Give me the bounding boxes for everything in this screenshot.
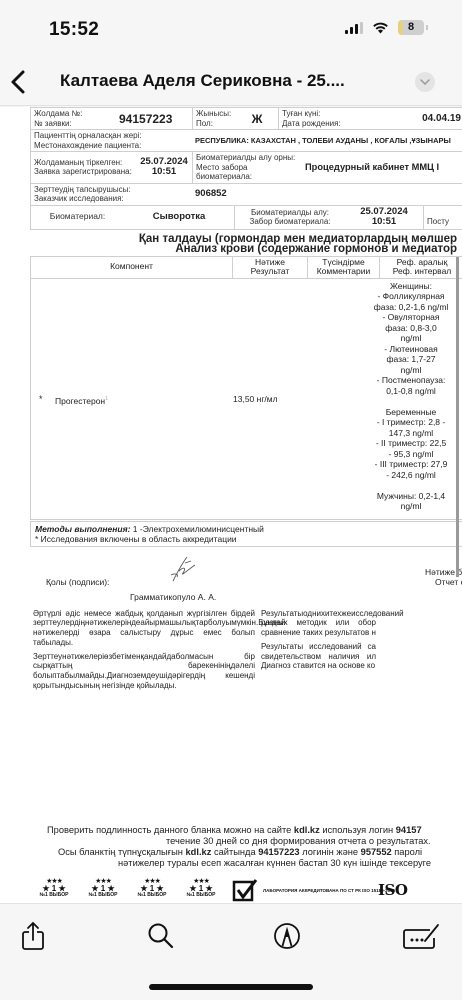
- signature-scribble-icon: [165, 553, 201, 583]
- reference-line: Женщины:: [353, 281, 462, 292]
- dob-label-ru: Дата рождения:: [282, 119, 341, 129]
- methods-label: Методы выполнения:: [35, 524, 130, 534]
- reference-line: 147,3 ng/ml: [353, 428, 462, 439]
- footer-line-3: Осы бланктің түпнұсқалығын kdl.kz сайтын…: [0, 847, 462, 858]
- badge-label: №1 ВЫБОР: [32, 892, 76, 898]
- registered-label-kz: Жолдаманың тіркелген:: [34, 158, 132, 168]
- footer-line-3-mid: сайтында: [211, 847, 258, 857]
- request-no-label-kz: Жолдама №:: [34, 109, 82, 119]
- reference-line: Беременные: [353, 407, 462, 418]
- footer-password: 957552: [361, 847, 392, 857]
- sign-button[interactable]: [400, 918, 444, 954]
- reference-line: - Овуляторная: [353, 312, 462, 323]
- disclaimer-ru-2: Результаты исследований са свидетельство…: [261, 642, 376, 671]
- badge-label: №1 ВЫБОР: [81, 892, 125, 898]
- footer-line-3-post: паролі: [392, 847, 422, 857]
- registered-time: 10:51: [152, 167, 176, 177]
- signature-label: Қолы (подписи):: [46, 577, 109, 587]
- iso-logo: ISO: [378, 881, 407, 899]
- signature-area: Қолы (подписи): Грамматикопуло А. А. Нәт…: [30, 547, 462, 605]
- reference-line: ng/ml: [353, 333, 462, 344]
- table-row: * Прогестерон1 13,50 нг/мл Женщины:- Фол…: [31, 279, 462, 519]
- status-icons: 8: [345, 20, 428, 35]
- signer-name: Грамматикопуло А. А.: [130, 592, 216, 602]
- title-menu-button[interactable]: [415, 72, 435, 92]
- header-row-customer: Зерттеудің тапсырушысы:Заказчик исследов…: [30, 184, 462, 206]
- location-label-kz: Пациенттің орналасқан жері:: [34, 131, 142, 141]
- search-icon: [147, 922, 175, 950]
- reference-line: Мужчины: 0,2-1,4: [353, 491, 462, 502]
- header-row-registered: Жолдаманың тіркелген:Заявка зарегистриро…: [30, 152, 462, 184]
- back-button[interactable]: [8, 68, 30, 96]
- reference-line: [353, 480, 462, 491]
- customer-value: 906852: [192, 184, 462, 205]
- biomaterial-label: Биоматериал:: [31, 206, 124, 229]
- share-button[interactable]: [15, 918, 51, 954]
- customer-label-ru: Заказчик исследования:: [34, 194, 131, 204]
- dob-label-kz: Туған күні:: [282, 109, 341, 119]
- reference-line: [353, 396, 462, 407]
- award-badge: ★★★★ 1 ★№1 ВЫБОР: [81, 877, 125, 903]
- reference-line: - 95,3 ng/ml: [353, 449, 462, 460]
- disclaimer-kz-2: Зерттеунәтижелеріөзбетіменқандайдаболмас…: [33, 652, 255, 691]
- report-title-ru: Анализ крови (содержание гормонов и меди…: [25, 244, 457, 254]
- reference-lines: Женщины:- Фолликулярнаяфаза: 0,2-1,6 ng/…: [353, 281, 462, 512]
- lab-report-page: Жолдама №:№ заявки: 94157223 Жынысы:Пол:…: [30, 107, 462, 695]
- share-icon: [21, 921, 45, 951]
- award-badge: ★★★★ 1 ★№1 ВЫБОР: [130, 877, 174, 903]
- badge-label: №1 ВЫБОР: [130, 892, 174, 898]
- pdf-document-view[interactable]: Жолдама №:№ заявки: 94157223 Жынысы:Пол:…: [0, 107, 462, 903]
- component-name: Прогестерон1: [55, 394, 108, 406]
- accreditation-note: * Исследования включены в область аккред…: [35, 534, 462, 544]
- battery-cap: [426, 25, 428, 30]
- status-time: 15:52: [49, 19, 99, 41]
- methods-value: 1 -Электрохемилюминисцентный: [130, 524, 264, 534]
- collection-place-label-ru: Место забора биоматериала:: [196, 163, 299, 182]
- chevron-down-icon: [420, 79, 430, 85]
- footer-line-1-pre: Проверить подлинность данного бланка мож…: [47, 825, 294, 835]
- document-title[interactable]: Калтаева Аделя Сериковна - 25....: [60, 71, 345, 91]
- header-row-location: Пациенттің орналасқан жері:Местонахожден…: [30, 130, 462, 152]
- reference-line: - 242,6 ng/ml: [353, 470, 462, 481]
- disclaimer-ru-1: Результатыоднихитехжеисследований разных…: [261, 609, 376, 638]
- footer-site-link-kz[interactable]: kdl.kz: [186, 847, 212, 857]
- reference-interval: Женщины:- Фолликулярнаяфаза: 0,2-1,6 ng/…: [353, 281, 462, 512]
- footer-line-1-mid: используя логин: [320, 825, 396, 835]
- reference-line: - I триместр: 2,8 -: [353, 417, 462, 428]
- reference-line: фаза: 1,7-27: [353, 354, 462, 365]
- badges-row: ★★★★ 1 ★№1 ВЫБОР ★★★★ 1 ★№1 ВЫБОР ★★★★ 1…: [32, 877, 407, 903]
- request-no-label-ru: № заявки:: [34, 119, 82, 129]
- component-name-text: Прогестерон: [55, 395, 105, 405]
- collection-time: 10:51: [372, 217, 396, 227]
- col-ref-ru: Реф. интервал: [393, 267, 452, 277]
- header-row-request: Жолдама №:№ заявки: 94157223 Жынысы:Пол:…: [30, 107, 462, 130]
- footer-line-1: Проверить подлинность данного бланка мож…: [0, 825, 462, 836]
- battery-icon: 8: [398, 20, 424, 35]
- method-superscript: 1: [105, 396, 108, 402]
- scrollbar[interactable]: [456, 257, 459, 577]
- reference-line: 0,1-0,8 ng/ml: [353, 386, 462, 397]
- reference-line: - Лютеиновая: [353, 344, 462, 355]
- collection-place: Процедурный кабинет ММЦ I: [302, 152, 462, 183]
- methods-box: Методы выполнения: 1 -Электрохемилюминис…: [30, 521, 462, 547]
- markup-button[interactable]: [269, 918, 305, 954]
- reference-line: - II триместр: 22,5: [353, 438, 462, 449]
- sex-label-kz: Жынысы:: [196, 109, 231, 119]
- col-result-ru: Результат: [251, 267, 290, 277]
- header-row-biomaterial: Биоматериал: Сыворотка Биоматериалды алу…: [30, 206, 462, 230]
- reference-line: ng/ml: [353, 365, 462, 376]
- award-badge: ★★★★ 1 ★№1 ВЫБОР: [179, 877, 223, 903]
- dob-value: 04.04.19: [368, 108, 462, 129]
- award-badge: ★★★★ 1 ★№1 ВЫБОР: [32, 877, 76, 903]
- collection-label-ru: Забор биоматериала:: [250, 217, 331, 227]
- checkmark-box-icon: [232, 878, 258, 902]
- patient-location: РЕСПУБЛИКА: КАЗАХСТАН , ТОЛЕБИ АУДАНЫ , …: [192, 130, 462, 151]
- verification-footer: Проверить подлинность данного бланка мож…: [0, 825, 462, 869]
- reference-line: - III триместр: 27,9: [353, 459, 462, 470]
- disclaimer-kz-1: Әртүрлі әдіс немесе жабдық қолданып жүрг…: [33, 609, 255, 648]
- col-component: Компонент: [31, 257, 233, 278]
- search-button[interactable]: [143, 918, 179, 954]
- col-comment-ru: Комментарии: [317, 267, 371, 277]
- collection-place-label-kz: Биоматериалды алу орны:: [196, 153, 299, 163]
- footer-line-3-mid2: логинін және: [300, 847, 361, 857]
- customer-label-kz: Зерттеудің тапсырушысы:: [34, 185, 131, 195]
- result-value: 13,50 нг/мл: [233, 394, 278, 404]
- disclaimer: Әртүрлі әдіс немесе жабдық қолданып жүрг…: [30, 609, 462, 695]
- results-table-header: Компонент НәтижеРезультат ТүсіндірмеКомм…: [31, 257, 462, 279]
- accredited-bullet: *: [39, 394, 43, 404]
- signature-icon: [402, 922, 442, 950]
- footer-login-kz: 94157223: [258, 847, 299, 857]
- reference-line: фаза: 0,2-1,6 ng/ml: [353, 302, 462, 313]
- reference-line: ng/ml: [353, 501, 462, 512]
- status-bar: 15:52 8: [0, 0, 462, 58]
- biomaterial-value: Сыворотка: [124, 206, 234, 229]
- footer-login: 94157: [396, 825, 422, 835]
- report-title-kz: Қан талдауы (гормондар мен медиаторларды…: [25, 234, 457, 244]
- report-label-ru: Отчет о рез: [435, 577, 462, 587]
- reference-line: - Фолликулярная: [353, 291, 462, 302]
- reference-line: - Постменопауза:: [353, 375, 462, 386]
- sex-label-ru: Пол:: [196, 119, 231, 129]
- badge-label: №1 ВЫБОР: [179, 892, 223, 898]
- footer-line-2: течение 30 дней со дня формирования отче…: [0, 836, 462, 847]
- received-label: Посту: [423, 206, 462, 229]
- bottom-toolbar: [0, 903, 462, 1000]
- chevron-left-icon: [8, 68, 30, 96]
- home-indicator: [149, 984, 313, 990]
- cellular-signal-icon: [345, 22, 363, 34]
- footer-site-link[interactable]: kdl.kz: [294, 825, 320, 835]
- reference-line: фаза: 0,8-3,0: [353, 323, 462, 334]
- navigation-bar: Калтаева Аделя Сериковна - 25....: [0, 58, 462, 106]
- footer-line-3-pre: Осы бланктің түпнұсқалығын: [58, 847, 186, 857]
- results-table: Компонент НәтижеРезультат ТүсіндірмеКомм…: [30, 256, 462, 520]
- footer-line-4: нәтижелер туралы есеп жасалған күннен ба…: [0, 858, 462, 869]
- wifi-icon: [372, 21, 389, 34]
- request-number: 94157223: [116, 108, 192, 129]
- accreditation-text: ЛАБОРАТОРИЯ АККРЕДИТОВАНА ПО СТ РК ISO 1…: [263, 888, 373, 893]
- location-label-ru: Местонахождение пациента:: [34, 141, 142, 151]
- markup-pen-icon: [273, 922, 301, 950]
- collection-label-kz: Биоматериалды алу:: [250, 208, 331, 218]
- registered-label-ru: Заявка зарегистрирована:: [34, 167, 132, 177]
- sex-value: Ж: [236, 108, 278, 129]
